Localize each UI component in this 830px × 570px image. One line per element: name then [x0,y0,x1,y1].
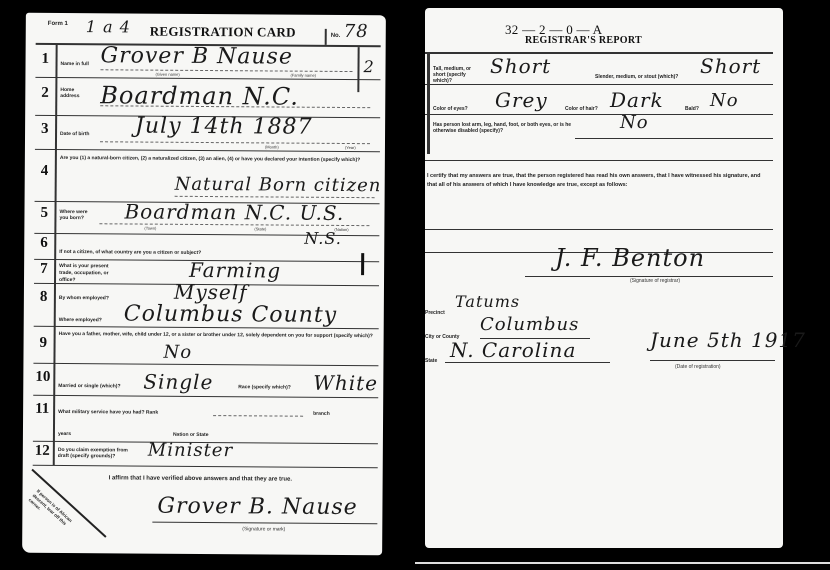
name-value: Grover B Nause [101,43,293,69]
form-label: Form 1 [48,21,68,27]
registrars-report-title: REGISTRAR'S REPORT [525,35,642,46]
precinct-value: Tatums [455,292,520,311]
exemption-label: Do you claim exemption from draft (speci… [58,447,138,460]
citizenship-value: Natural Born citizen [175,174,382,196]
disability-value: No [620,112,649,133]
state-label: State [425,358,437,364]
registration-date: June 5th 1917 [650,328,806,352]
corner-stamp: If person is of African descent, tear of… [27,488,76,535]
certification-text: I certify that my answers are true, that… [427,172,772,190]
birthplace-label: Where were you born? [59,209,94,221]
marital-value: Single [143,370,213,394]
foreign-citizen-label: If not a citizen, of what country are yo… [59,249,201,256]
precinct-label: Precinct [425,310,445,316]
foreign-citizen-value: N.S. [304,229,342,248]
registration-card-back: 32 — 2 — 0 — A REGISTRAR'S REPORT Tall, … [425,8,783,548]
registration-card-front: Form 1 1 a 4 REGISTRATION CARD No. 78 2 … [22,13,386,556]
home-address-label: Home address [60,87,90,99]
scan-edge [415,562,830,564]
employment-place-label: Where employed? [59,317,102,323]
date-caption: (Date of registration) [675,364,721,370]
no-label: No. [331,33,341,39]
serial-handwritten: 1 a 4 [86,17,131,36]
height-label: Tall, medium, or short (specify which)? [433,66,478,84]
county-value: Columbus [480,314,579,335]
state-value: N. Carolina [450,338,576,362]
height-value: Short [490,54,551,78]
employer-label: By whom employed? [59,295,109,301]
marital-label: Married or single (which)? [58,383,120,389]
hair-color-label: Color of hair? [565,106,598,112]
card-title: REGISTRATION CARD [150,24,296,41]
affirmation-text: I affirm that I have verified above answ… [109,475,292,482]
build-value: Short [700,54,761,78]
occupation-value: Farming [189,258,281,283]
eye-color-label: Color of eyes? [433,106,468,112]
registrar-signature: J. F. Benton [555,244,705,272]
bald-value: No [710,90,739,111]
race-value: White [313,371,378,395]
race-label: Race (specify which)? [238,384,291,390]
exemption-value: Minister [148,440,233,462]
birthplace-value: Boardman N.C. U.S. [124,199,344,225]
dob-value: July 14th 1887 [135,114,313,140]
card-number: 78 [344,21,369,42]
occupation-label: What is your present trade, occupation, … [59,263,119,284]
employer-value: Myself [174,280,248,305]
hair-color-value: Dark [610,88,664,112]
military-label: What military service have you had? Rank [58,409,158,416]
registrar-caption: (Signature of registrar) [630,278,680,284]
citizenship-label: Are you (1) a natural-born citizen, (2) … [60,155,380,164]
dob-label: Date of birth [60,131,89,137]
age-value: 2 [363,57,374,76]
eye-color-value: Grey [495,88,548,112]
dependents-value: No [163,342,192,363]
dependents-label: Have you a father, mother, wife, child u… [59,331,379,339]
disability-label: Has person lost arm, leg, hand, foot, or… [433,122,573,134]
signature-caption: (Signature or mark) [242,526,285,532]
name-label: Name in full [61,61,89,67]
build-label: Slender, medium, or stout (which)? [595,74,678,80]
employment-place-value: Columbus County [124,301,338,327]
bald-label: Bald? [685,106,699,112]
registrant-signature: Grover B. Nause [157,494,357,520]
